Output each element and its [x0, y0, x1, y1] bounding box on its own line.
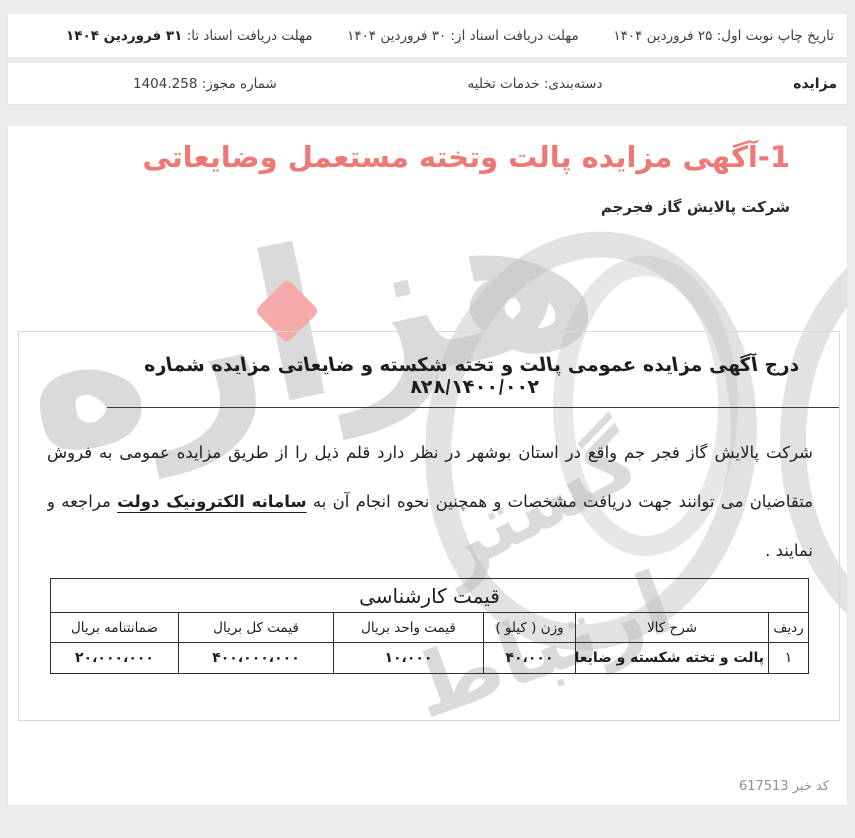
document-body-line: شرکت پالایش گاز فجر جم واقع در استان بوش… — [47, 428, 813, 477]
article-title: 1-آگهی مزایده پالت وتخته مستعمل وضایعاتی — [142, 140, 790, 174]
news-code-label: کد خبر — [793, 779, 829, 794]
cell-description: پالت و تخته شکسته و ضایعاتی — [576, 643, 769, 674]
docs-deadline-until-value: ۳۱ فروردین ۱۴۰۴ — [66, 28, 182, 44]
document-body-line: نمایند . — [47, 526, 813, 575]
docs-deadline-from: مهلت دریافت اسناد از: ۳۰ فروردین ۱۴۰۴ — [347, 28, 579, 44]
license-number: شماره مجوز: 1404.258 — [133, 76, 277, 92]
news-code-value: 617513 — [739, 779, 789, 794]
document-scan: درج آگهی مزایده عمومی پالت و تخته شکسته … — [18, 331, 840, 721]
docs-deadline-until-label: مهلت دریافت اسناد تا: — [187, 28, 313, 44]
cell-weight: ۴۰،۰۰۰ — [484, 643, 576, 674]
article-card: هزاره گستر ارتباط 1-آگهی مزایده پالت وتخ… — [7, 125, 848, 806]
col-header-total-price: قیمت کل بریال — [179, 613, 334, 643]
cell-rank: ۱ — [769, 643, 809, 674]
col-header-guarantee: ضمانتنامه بریال — [50, 613, 178, 643]
meta-bar-dates: تاریخ چاپ نوبت اول: ۲۵ فروردین ۱۴۰۴ مهلت… — [7, 13, 848, 58]
table-title: قیمت کارشناسی — [50, 579, 808, 613]
docs-deadline-until: مهلت دریافت اسناد تا: ۳۱ فروردین ۱۴۰۴ — [66, 28, 313, 44]
cell-total-price: ۴۰۰،۰۰۰،۰۰۰ — [179, 643, 334, 674]
col-header-description: شرح کالا — [576, 613, 769, 643]
document-body-line: متقاضیان می توانند جهت دریافت مشخصات و ه… — [47, 477, 813, 526]
document-body: شرکت پالایش گاز فجر جم واقع در استان بوش… — [47, 428, 813, 575]
cell-guarantee: ۲۰،۰۰۰،۰۰۰ — [50, 643, 178, 674]
egov-system-emphasis: سامانه الکترونیک دولت — [117, 492, 307, 511]
table-title-row: قیمت کارشناسی — [50, 579, 808, 613]
cell-unit-price: ۱۰،۰۰۰ — [334, 643, 484, 674]
col-header-weight: وزن ( کیلو ) — [484, 613, 576, 643]
category: دسته‌بندی: خدمات تخلیه — [468, 76, 603, 92]
table-header-row: ردیف شرح کالا وزن ( کیلو ) قیمت واحد بری… — [50, 613, 808, 643]
col-header-unit-price: قیمت واحد بریال — [334, 613, 484, 643]
price-table: قیمت کارشناسی ردیف شرح کالا وزن ( کیلو )… — [50, 578, 809, 674]
table-row: ۱ پالت و تخته شکسته و ضایعاتی ۴۰،۰۰۰ ۱۰،… — [50, 643, 808, 674]
notice-type-badge: مزایده — [793, 76, 837, 92]
print-date: تاریخ چاپ نوبت اول: ۲۵ فروردین ۱۴۰۴ — [613, 28, 834, 44]
document-heading-text: درج آگهی مزایده عمومی پالت و تخته شکسته … — [112, 354, 835, 398]
news-code: کد خبر 617513 — [739, 779, 829, 794]
document-heading: درج آگهی مزایده عمومی پالت و تخته شکسته … — [19, 354, 839, 408]
meta-bar-info: مزایده دسته‌بندی: خدمات تخلیه شماره مجوز… — [7, 62, 848, 105]
company-name: شرکت پالایش گاز فجرجم — [601, 198, 790, 216]
col-header-rank: ردیف — [769, 613, 809, 643]
